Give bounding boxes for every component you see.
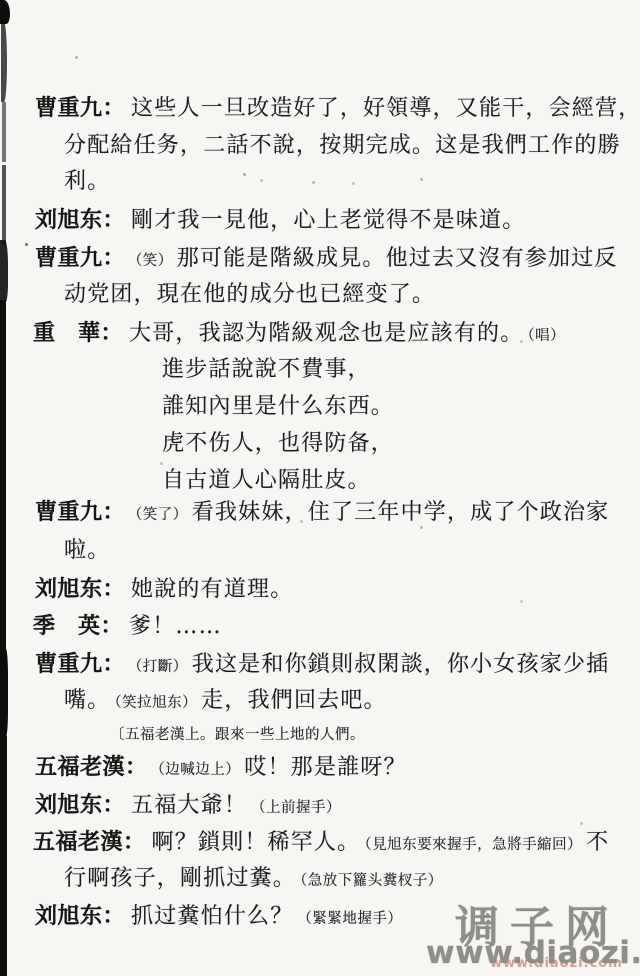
script-line: 虎不伤人，也得防备， — [162, 431, 394, 457]
script-line: 啦。 — [64, 538, 110, 564]
script-line: 五福老漢：（边喊边上）哎！那是誰呀？ — [35, 754, 407, 783]
script-line: 利。 — [64, 169, 110, 195]
dialogue-text: 她說的有道理。 — [131, 577, 293, 602]
dialogue-text: 分配給任务，二話不說，按期完成。这是我們工作的勝 — [64, 133, 621, 158]
verse-text: 自古道人心隔肚皮。 — [162, 468, 371, 493]
script-line: 行啊孩子，剛抓过糞。（急放下籮头糞杈子） — [64, 866, 447, 894]
stage-direction-text: （笑） — [135, 253, 173, 269]
binding-edge-artifact — [2, 102, 6, 162]
binding-edge-artifact — [1, 22, 7, 102]
script-line: 曹重九：（笑）那可能是階級成見。他过去又沒有参加过反 — [35, 245, 618, 274]
dialogue-text: 剛才我一見他，心上老觉得不是味道。 — [131, 208, 525, 233]
verse-text: 進步話說說不費事， — [162, 357, 371, 382]
scanned-script-page: 曹重九：这些人一旦改造好了，好領導，又能干，会經营， 分配給任务，二話不說，按期… — [0, 0, 640, 976]
dialogue-text: 啊？鎖則！稀罕人。 — [152, 830, 361, 855]
speaker-name: 刘旭东： — [35, 207, 125, 233]
binding-edge-artifact — [0, 240, 8, 302]
script-line: 刘旭东：剛才我一見他，心上老觉得不是味道。 — [35, 207, 525, 234]
dialogue-text: 不 — [586, 830, 609, 855]
stage-direction-text: （笑拉旭东） — [114, 695, 197, 711]
speaker-name: 五福老漢： — [35, 754, 148, 780]
stage-direction-text: （边喊边上） — [158, 762, 241, 778]
dialogue-text: 啦。 — [64, 538, 110, 563]
dialogue-text: 动党团，現在他的成分也已經变了。 — [64, 282, 435, 307]
dialogue-text: 这些人一旦改造好了，好領導，又能干，会經营， — [131, 96, 640, 121]
entrance-direction-text: 〔五福老漢上。跟來一些上地的人們。 — [110, 727, 365, 743]
dialogue-text: 那可能是階級成見。他过去又沒有参加过反 — [177, 246, 618, 271]
watermark-url: www.diaozi.com — [426, 935, 640, 971]
speaker-name: 五福老漢： — [33, 829, 146, 855]
dialogue-text: 抓过糞怕什么？ — [131, 904, 293, 929]
speaker-name: 曹重九： — [35, 95, 125, 121]
script-line: 曹重九：这些人一旦改造好了，好領導，又能干，会經营， — [35, 95, 640, 122]
dialogue-text: 大哥，我認为階級观念也是应該有的。 — [129, 321, 523, 346]
speaker-name: 刘旭东： — [35, 792, 125, 818]
binding-edge-artifact — [0, 736, 7, 976]
stage-direction-text: （緊緊地握手） — [297, 911, 402, 927]
binding-edge-artifact — [0, 300, 6, 650]
script-line: 动党团，現在他的成分也已經变了。 — [64, 282, 435, 308]
binding-edge-artifact — [0, 0, 10, 24]
dialogue-text: 我这是和你鎖則叔閑談，你小女孩家少插 — [192, 652, 610, 677]
verse-text: 虎不伤人，也得防备， — [162, 431, 394, 456]
script-line: 曹重九：（笑了）看我妹妹，住了三年中学，成了个政治家 — [35, 499, 609, 528]
verse-text: 誰知內里是什么东西。 — [162, 394, 394, 419]
stage-direction-text: （笑了） — [135, 507, 188, 523]
stage-direction-text: （打斷） — [135, 659, 188, 675]
dialogue-text: 利。 — [64, 169, 110, 194]
speaker-name: 曹重九： — [35, 499, 125, 525]
speaker-name: 刘旭东： — [35, 576, 125, 602]
dialogue-text: 爹！…… — [129, 614, 222, 639]
stage-direction-text: （見旭东要來握手，急將手縮回） — [364, 837, 582, 853]
dialogue-text: 五福大爺！ — [131, 793, 247, 818]
speaker-name: 刘旭东： — [35, 903, 125, 929]
script-line: 自古道人心隔肚皮。 — [162, 468, 371, 494]
dialogue-text: 看我妹妹，住了三年中学，成了个政治家 — [192, 500, 610, 525]
speaker-name: 季 英： — [33, 613, 123, 639]
speaker-name: 曹重九： — [35, 651, 125, 677]
scan-speckles — [0, 0, 3, 3]
script-line: 〔五福老漢上。跟來一些上地的人們。 — [110, 722, 365, 748]
script-line: 刘旭东：五福大爺！（上前握手） — [35, 792, 345, 821]
stage-direction-text: （急放下籮头糞杈子） — [300, 873, 443, 889]
script-line: 分配給任务，二話不說，按期完成。这是我們工作的勝 — [64, 133, 621, 159]
script-line: 季 英：爹！…… — [33, 613, 222, 640]
script-line: 進步話說說不費事， — [162, 357, 371, 383]
script-line: 重 華：大哥，我認为階級观念也是应該有的。（唱） — [33, 320, 569, 349]
dialogue-text: 哎！那是誰呀？ — [244, 755, 406, 780]
script-line: 刘旭东：她說的有道理。 — [35, 576, 293, 603]
speaker-name: 曹重九： — [35, 245, 125, 271]
dialogue-text: 走，我們回去吧。 — [201, 688, 387, 713]
binding-edge-artifact — [0, 648, 8, 738]
script-line: 曹重九：（打斷）我这是和你鎖則叔閑談，你小女孩家少插 — [35, 651, 609, 680]
stage-direction-text: （上前握手） — [251, 800, 341, 816]
script-line: 刘旭东：抓过糞怕什么？（緊緊地握手） — [35, 903, 406, 932]
dialogue-text: 嘴。 — [64, 688, 110, 713]
binding-edge-artifact — [2, 165, 6, 245]
dialogue-text: 行啊孩子，剛抓过糞。 — [64, 866, 296, 891]
script-line: 誰知內里是什么东西。 — [162, 394, 394, 420]
script-line: 五福老漢：啊？鎖則！稀罕人。（見旭东要來握手，急將手縮回）不 — [33, 829, 609, 858]
speaker-name: 重 華： — [33, 320, 123, 346]
stage-direction-text: （唱） — [527, 328, 565, 344]
script-line: 嘴。（笑拉旭东）走，我們回去吧。 — [64, 688, 387, 716]
